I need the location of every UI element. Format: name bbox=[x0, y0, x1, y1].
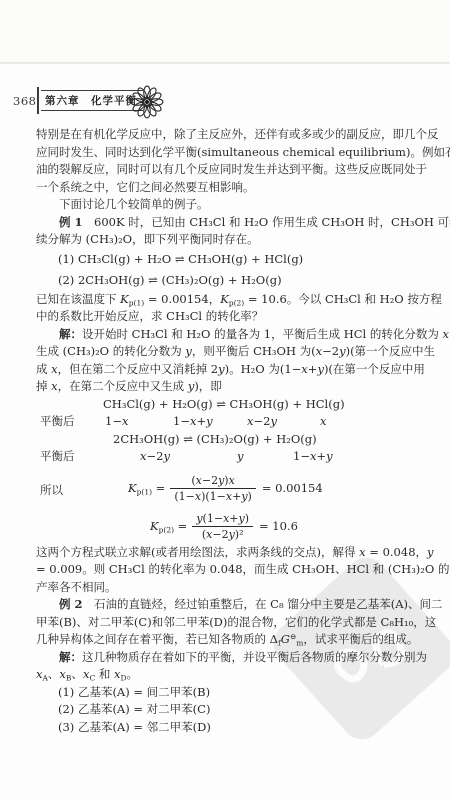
text-line: 已知在该温度下 Kp(1) = 0.00154，Kp(2) = 10.6。今以 … bbox=[36, 291, 418, 309]
balance-cell: y bbox=[237, 448, 244, 466]
balance-row-1: 平衡后 1−x 1−x+y x−2y x bbox=[36, 413, 418, 431]
balance-cell: x bbox=[320, 413, 327, 431]
example2-line: 几种异构体之间存在着平衡，若已知各物质的 ΔfG⊖m，试求平衡后的组成。 bbox=[36, 631, 418, 649]
kp2-symbol: Kp(2) = bbox=[150, 518, 187, 536]
running-header: 368 第六章 化学平衡 bbox=[0, 0, 450, 120]
fraction-numerator: (x−2y)x bbox=[170, 474, 256, 488]
balance-row-label: 平衡后 bbox=[40, 448, 75, 466]
kp1-equation: 所以 Kp(1) = (x−2y)x (1−x)(1−x+y) = 0.0015… bbox=[36, 472, 418, 506]
text-line: 下面讨论几个较简单的例子。 bbox=[36, 196, 418, 214]
balance-equation-2: 2CH₃OH(g) ⇌ (CH₃)₂O(g) + H₂O(g) bbox=[36, 431, 418, 449]
solution1-line: 解：设开始时 CH₃Cl 和 H₂O 的量各为 1，平衡后生成 HCl 的转化分… bbox=[36, 326, 418, 344]
solution2-line: xA、xB、xC 和 xD。 bbox=[36, 666, 418, 684]
balance-cell: x−2y bbox=[247, 413, 277, 431]
solution1-line: 成 x，但在第二个反应中又消耗掉 2y)。H₂O 为(1−x+y)(在第一个反应… bbox=[36, 361, 418, 379]
flower-rosette-icon bbox=[128, 83, 166, 121]
kp2-equation: Kp(2) = y(1−x+y) (x−2y)² = 10.6 bbox=[36, 510, 418, 544]
example2-line: 甲苯(B)、对二甲苯(C)和邻二甲苯(D)的混合物，它们的化学式都是 C₈H₁₀… bbox=[36, 614, 418, 632]
page-number: 368 bbox=[13, 94, 36, 108]
solution1-line: 掉 x，在第二个反应中又生成 y)，即 bbox=[36, 378, 418, 396]
text-line: 一个系统之中，它们之间必然要互相影响。 bbox=[36, 179, 418, 197]
example1-line: 续分解为 (CH₃)₂O，即下列平衡同时存在。 bbox=[36, 231, 418, 249]
text-line: 产率各不相同。 bbox=[36, 579, 418, 597]
text-line: 特别是在有机化学反应中，除了主反应外，还伴有或多或少的副反应，即几个反 bbox=[36, 126, 418, 144]
balance-cell: x−2y bbox=[140, 448, 170, 466]
kp1-value: = 0.00154 bbox=[262, 480, 323, 498]
balance-cell: 1−x+y bbox=[173, 413, 213, 431]
text-line: = 0.009。则 CH₃Cl 的转化率为 0.048，而生成 CH₃OH、HC… bbox=[36, 561, 418, 579]
text-line: 油的裂解反应，同时可以有几个反应同时发生并达到平衡。这些反应既同处于 bbox=[36, 161, 418, 179]
balance-cell: 1−x bbox=[105, 413, 128, 431]
kp2-value: = 10.6 bbox=[259, 518, 298, 536]
kp2-fraction: y(1−x+y) (x−2y)² bbox=[192, 512, 253, 541]
reaction-equation-1: (1) CH₃Cl(g) + H₂O ⇌ CH₃OH(g) + HCl(g) bbox=[36, 249, 418, 270]
solution1-line: 生成 (CH₃)₂O 的转化分数为 y，则平衡后 CH₃OH 为(x−2y)(第… bbox=[36, 343, 418, 361]
balance-equation-1: CH₃Cl(g) + H₂O(g) ⇌ CH₃OH(g) + HCl(g) bbox=[36, 396, 418, 414]
balance-row-label: 平衡后 bbox=[40, 413, 75, 431]
example2-line: 例 2 石油的直链烃，经过铂重整后，在 C₈ 馏分中主要是乙基苯(A)、间二 bbox=[36, 596, 418, 614]
solution2-line: 解：这几种物质存在着如下的平衡，并设平衡后各物质的摩尔分数分别为 bbox=[36, 649, 418, 667]
fraction-denominator: (1−x)(1−x+y) bbox=[170, 488, 256, 503]
page-content: 特别是在有机化学反应中，除了主反应外，还伴有或多或少的副反应，即几个反 应同时发… bbox=[36, 126, 418, 736]
text-line: 应同时发生、同时达到化学平衡(simultaneous chemical equ… bbox=[36, 144, 418, 162]
isomer-equilibrium-1: (1) 乙基苯(A) = 间二甲苯(B) bbox=[36, 684, 418, 702]
isomer-equilibrium-3: (3) 乙基苯(A) = 邻二甲苯(D) bbox=[36, 719, 418, 737]
header-divider bbox=[37, 87, 39, 114]
text-line: 中的系数比开始反应，求 CH₃Cl 的转化率？ bbox=[36, 308, 418, 326]
book-page: 368 第六章 化学平衡 bbox=[0, 0, 450, 800]
therefore-label: 所以 bbox=[40, 482, 63, 500]
balance-row-2: 平衡后 x−2y y 1−x+y bbox=[36, 448, 418, 466]
fraction-numerator: y(1−x+y) bbox=[192, 512, 253, 526]
text-line: 这两个方程式联立求解(或者用绘图法，求两条线的交点)，解得 x = 0.048，… bbox=[36, 544, 418, 562]
example1-line: 例 1 600K 时，已知由 CH₃Cl 和 H₂O 作用生成 CH₃OH 时，… bbox=[36, 214, 418, 232]
kp1-symbol: Kp(1) = bbox=[128, 480, 165, 498]
reaction-equation-2: (2) 2CH₃OH(g) ⇌ (CH₃)₂O(g) + H₂O(g) bbox=[36, 270, 418, 291]
fraction-denominator: (x−2y)² bbox=[192, 526, 253, 541]
isomer-equilibrium-2: (2) 乙基苯(A) = 对二甲苯(C) bbox=[36, 701, 418, 719]
balance-cell: 1−x+y bbox=[293, 448, 333, 466]
kp1-fraction: (x−2y)x (1−x)(1−x+y) bbox=[170, 474, 256, 503]
